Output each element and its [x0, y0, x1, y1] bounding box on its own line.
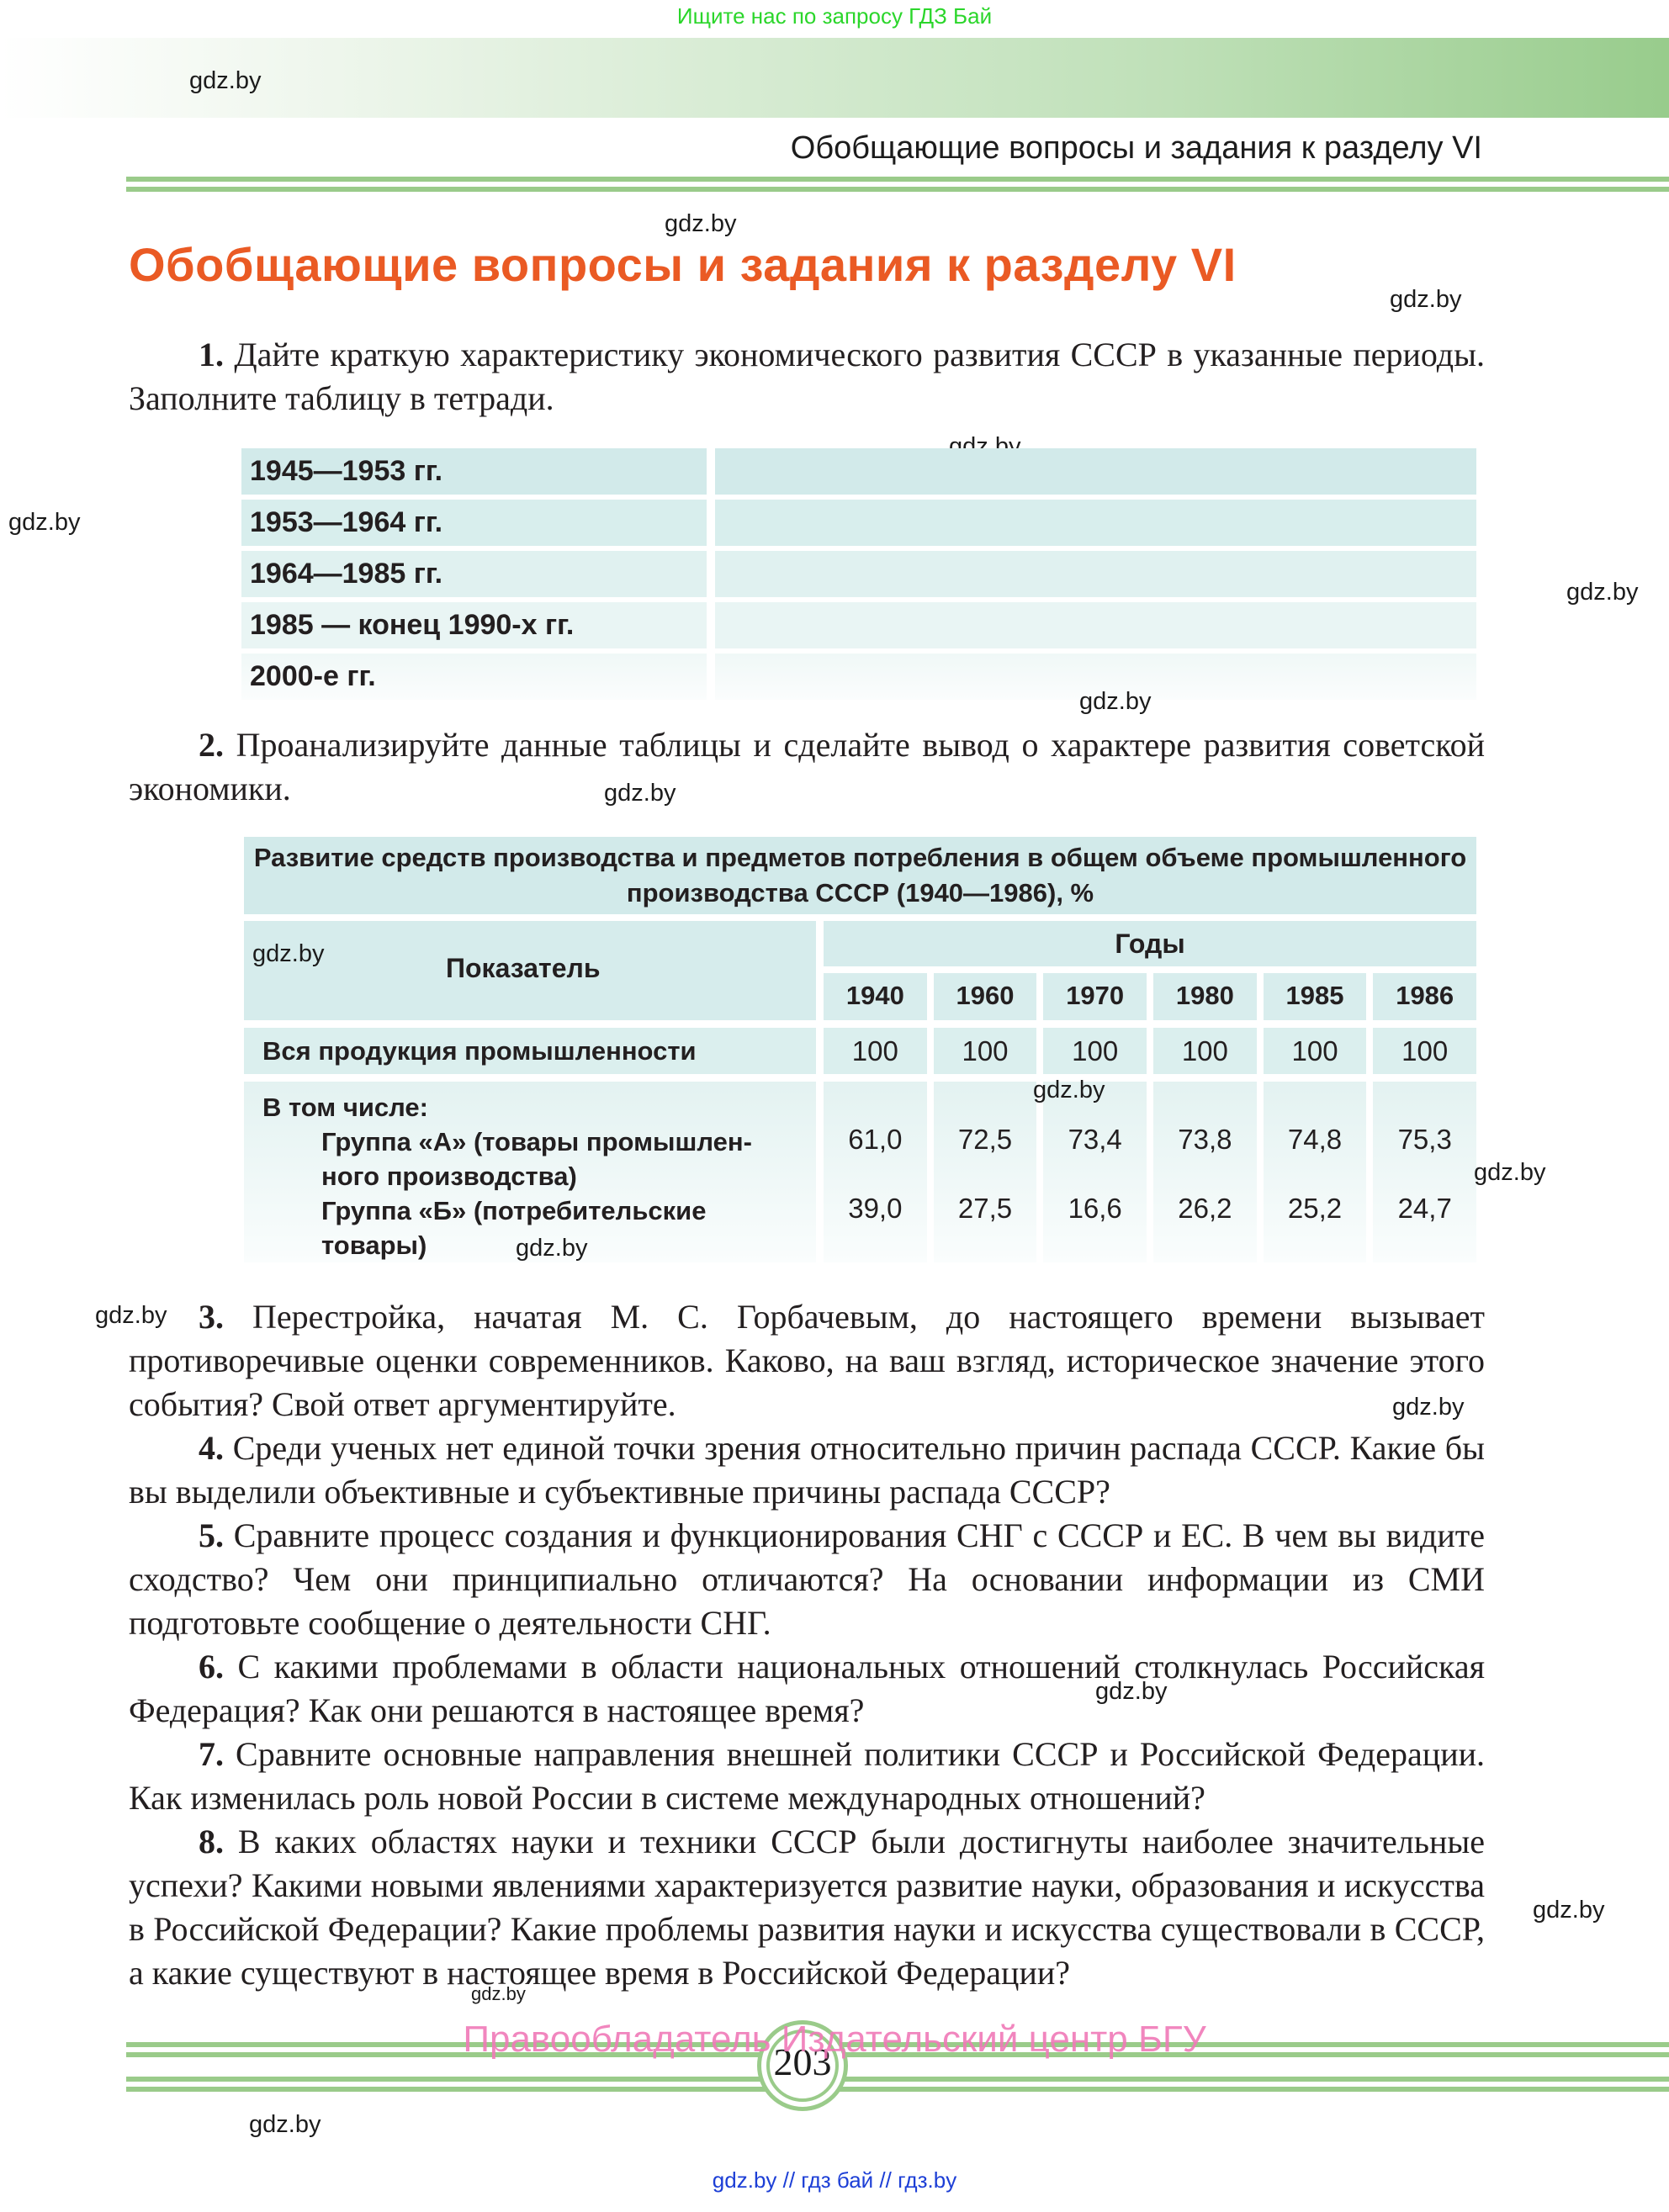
year-header: 1940: [824, 973, 927, 1020]
question-7: 7. Сравните основные направления внешней…: [129, 1733, 1485, 1820]
question-1: 1. Дайте краткую характеристику экономич…: [129, 333, 1485, 421]
watermark: gdz.by: [1095, 1678, 1167, 1706]
period-value-cell: [715, 551, 1476, 597]
group-b-value: 16,6: [1043, 1191, 1147, 1225]
question-6: 6. С какими проблемами в области национа…: [129, 1645, 1485, 1733]
cell-value: 100: [1373, 1028, 1476, 1074]
question-text: Перестройка, начатая М. С. Горбачевым, д…: [129, 1298, 1485, 1423]
question-text: С какими проблемами в области национальн…: [129, 1648, 1485, 1729]
year-column: 61,039,0: [824, 1082, 927, 1262]
watermark: gdz.by: [1474, 1159, 1545, 1187]
cell-value: 100: [1043, 1028, 1147, 1074]
period-value-cell: [715, 448, 1476, 495]
question-text: Среди ученых нет единой точки зрения отн…: [129, 1429, 1485, 1511]
table-row: Вся продукция промышленности 100 100 100…: [244, 1028, 1476, 1074]
year-column: 73,826,2: [1153, 1082, 1257, 1262]
period-label: 1945—1953 гг.: [241, 448, 707, 495]
question-number: 3.: [199, 1298, 224, 1336]
footer-rule: [126, 2077, 1669, 2082]
period-value-cell: [715, 500, 1476, 546]
group-b-value: 27,5: [934, 1191, 1037, 1225]
year-column: 75,324,7: [1373, 1082, 1476, 1262]
years-header-label: Годы: [824, 921, 1476, 966]
watermark: gdz.by: [249, 2111, 321, 2139]
watermark: gdz.by: [1533, 1897, 1604, 1924]
question-number: 6.: [199, 1648, 224, 1685]
question-text: Сравните процесс создания и функциониров…: [129, 1516, 1485, 1642]
question-number: 2.: [199, 726, 224, 764]
watermark: gdz.by: [471, 1983, 526, 2005]
production-table: Развитие средств производства и предмето…: [244, 837, 1476, 1262]
cell-value: 100: [1264, 1028, 1367, 1074]
year-column: 74,825,2: [1264, 1082, 1367, 1262]
group-a-label-line: ного производства): [321, 1159, 816, 1193]
question-number: 5.: [199, 1516, 224, 1554]
question-text: Сравните основные направления внешней по…: [129, 1735, 1485, 1817]
year-header: 1970: [1043, 973, 1147, 1020]
running-header: Обобщающие вопросы и задания к разделу V…: [791, 130, 1482, 167]
table-caption: Развитие средств производства и предмето…: [244, 837, 1476, 914]
question-number: 4.: [199, 1429, 224, 1467]
period-label: 1985 — конец 1990-х гг.: [241, 602, 707, 648]
indicator-header: Показатель: [244, 921, 816, 1020]
table-row: 1985 — конец 1990-х гг.: [241, 602, 1476, 648]
years-header: Годы 1940 1960 1970 1980 1985 1986: [824, 921, 1476, 1020]
watermark: gdz.by: [1390, 286, 1461, 314]
group-a-value: 73,8: [1153, 1122, 1257, 1191]
watermark: gdz.by: [1566, 579, 1638, 606]
group-a-value: 72,5: [934, 1122, 1037, 1191]
group-a-value: 61,0: [824, 1122, 927, 1191]
year-column: 72,527,5: [934, 1082, 1037, 1262]
watermark: gdz.by: [189, 67, 261, 95]
question-text: Проанализируйте данные таблицы и сделайт…: [129, 726, 1485, 807]
question-3: 3. Перестройка, начатая М. С. Горбачевым…: [129, 1295, 1485, 1426]
group-b-value: 26,2: [1153, 1191, 1257, 1225]
period-value-cell: [715, 602, 1476, 648]
group-a-value: 73,4: [1043, 1122, 1147, 1191]
table-row: 1964—1985 гг.: [241, 551, 1476, 597]
period-label: 1964—1985 гг.: [241, 551, 707, 597]
periods-table: 1945—1953 гг. 1953—1964 гг. 1964—1985 гг…: [241, 448, 1476, 705]
rights-holder: Правообладатель Издательский центр БГУ: [0, 2019, 1669, 2061]
table-row: 1953—1964 гг.: [241, 500, 1476, 546]
watermark: gdz.by: [252, 940, 324, 968]
table-row: В том числе: Группа «А» (товары промышле…: [244, 1082, 1476, 1262]
period-label: 2000-е гг.: [241, 654, 707, 700]
indicator-header-label: Показатель: [446, 953, 601, 984]
question-5: 5. Сравните процесс создания и функциони…: [129, 1514, 1485, 1645]
years-row: 1940 1960 1970 1980 1985 1986: [824, 973, 1476, 1020]
group-a-label-line: Группа «А» (товары промышлен-: [321, 1125, 816, 1159]
question-text: В каких областях науки и техники СССР бы…: [129, 1823, 1485, 1992]
questions-block: 3. Перестройка, начатая М. С. Горбачевым…: [129, 1295, 1485, 1995]
group-a-label: Группа «А» (товары промышлен- ного произ…: [262, 1125, 816, 1193]
question-2: 2. Проанализируйте данные таблицы и сдел…: [129, 723, 1485, 811]
year-header: 1980: [1153, 973, 1257, 1020]
group-b-value: 24,7: [1373, 1191, 1476, 1225]
year-column: 73,416,6: [1043, 1082, 1147, 1262]
group-b-value: 25,2: [1264, 1191, 1367, 1225]
question-number: 7.: [199, 1735, 224, 1773]
question-text: Дайте краткую характеристику экономическ…: [129, 336, 1485, 417]
watermark: gdz.by: [1079, 688, 1151, 716]
year-header: 1960: [934, 973, 1037, 1020]
group-a-value: 74,8: [1264, 1122, 1367, 1191]
year-header: 1986: [1373, 973, 1476, 1020]
question-number: 1.: [199, 336, 224, 373]
watermark: gdz.by: [604, 780, 676, 807]
period-label: 1953—1964 гг.: [241, 500, 707, 546]
group-b-label-line: Группа «Б» (потребительские: [321, 1193, 816, 1228]
cell-value: 100: [824, 1028, 927, 1074]
watermark: gdz.by: [665, 210, 736, 238]
cell-value: 100: [934, 1028, 1037, 1074]
watermark: gdz.by: [8, 509, 80, 537]
watermark: gdz.by: [516, 1235, 587, 1262]
header-rule: [126, 187, 1669, 192]
including-label: В том числе:: [262, 1090, 816, 1125]
year-header: 1985: [1264, 973, 1367, 1020]
top-banner: Ищите нас по запросу ГДЗ Бай: [0, 3, 1669, 29]
cell-value: 100: [1153, 1028, 1257, 1074]
footer-rule: [126, 2087, 1669, 2092]
header-rule: [126, 177, 1669, 182]
page-title: Обобщающие вопросы и задания к разделу V…: [129, 237, 1237, 292]
watermark: gdz.by: [1392, 1394, 1464, 1421]
watermark: gdz.by: [1033, 1077, 1105, 1104]
question-4: 4. Среди ученых нет единой точки зрения …: [129, 1426, 1485, 1514]
table-header: Показатель Годы 1940 1960 1970 1980 1985…: [244, 921, 1476, 1020]
question-number: 8.: [199, 1823, 224, 1860]
table-row: 2000-е гг.: [241, 654, 1476, 700]
table-row: 1945—1953 гг.: [241, 448, 1476, 495]
bottom-links[interactable]: gdz.by // гдз бай // гдз.by: [0, 2167, 1669, 2193]
question-8: 8. В каких областях науки и техники СССР…: [129, 1820, 1485, 1995]
group-a-value: 75,3: [1373, 1122, 1476, 1191]
row-label: Вся продукция промышленности: [244, 1028, 816, 1074]
group-b-value: 39,0: [824, 1191, 927, 1225]
